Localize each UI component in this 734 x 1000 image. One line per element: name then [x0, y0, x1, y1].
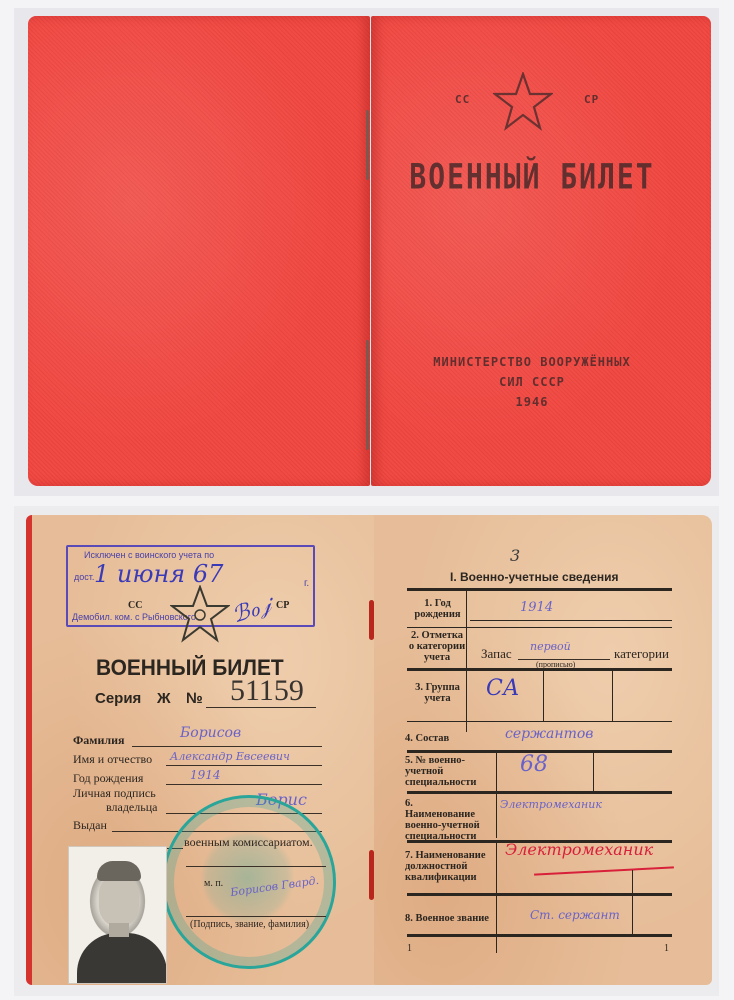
- row-label-group: 3. Группа учета: [410, 682, 465, 704]
- left-emblem-left: СС: [128, 600, 142, 611]
- cover-ministry-line2: СИЛ СССР: [394, 372, 670, 392]
- row-number: 2.: [411, 630, 419, 641]
- page-number-left: 1: [407, 943, 412, 954]
- ticket-number: 51159: [230, 674, 304, 708]
- cover-spine-slit: [366, 110, 369, 180]
- row-line: [470, 620, 672, 621]
- row-number: 1.: [424, 598, 432, 609]
- row-label-specialty-name: 6. Наименование военно-учетной специальн…: [405, 798, 483, 842]
- row-label-text: Год рождения: [414, 598, 460, 620]
- binding-thread: [369, 600, 374, 640]
- cover-spine-slit: [366, 340, 369, 450]
- signature-line: [186, 916, 326, 917]
- row-value-specialty-number: 68: [520, 752, 548, 777]
- row-value-birth-year: 1914: [520, 600, 553, 615]
- stamp-date-handwritten: 1 июня 67: [94, 560, 223, 588]
- field-value-birth-year: 1914: [190, 768, 221, 782]
- field-label-signature: Личная подпись: [73, 786, 156, 801]
- back-cover: [28, 16, 370, 486]
- category-prefix: Запас: [481, 646, 512, 662]
- seal-place-label: м. п.: [204, 878, 223, 889]
- owner-photo: [68, 846, 167, 984]
- row-divider: [407, 721, 672, 722]
- col-divider: [543, 671, 544, 721]
- col-divider: [496, 753, 497, 793]
- row-divider: [407, 668, 672, 671]
- row-divider: [407, 627, 672, 628]
- binding-thread: [369, 850, 374, 900]
- row-number: 8.: [405, 913, 413, 924]
- row-label-birth-year: 1. Год рождения: [410, 598, 465, 620]
- row-value-rank: Ст. сержант: [530, 908, 620, 922]
- col-divider: [632, 870, 633, 934]
- issued-by-text: военным комиссариатом.: [184, 835, 313, 850]
- field-line-surname: [132, 746, 322, 747]
- category-suffix: категории: [614, 646, 669, 662]
- col-divider: [496, 794, 497, 838]
- photo-body: [77, 933, 167, 984]
- row-number: 3.: [415, 682, 423, 693]
- row-number: 7.: [405, 850, 413, 861]
- row-label-qualification: 7. Наименование должностной квалификации: [405, 850, 497, 883]
- date-line: [186, 866, 326, 867]
- page-number-right: 1: [664, 943, 669, 954]
- field-value-name: Александр Евсеевич: [170, 750, 290, 763]
- row-label-text: Состав: [416, 733, 450, 744]
- row-label-text: Группа учета: [424, 682, 460, 704]
- corner-mark: 3: [510, 546, 520, 565]
- field-label-surname: Фамилия: [73, 733, 125, 748]
- row-label-category: 2. Отметка о категории учета: [408, 630, 466, 663]
- row-value-specialty-name: Электромеханик: [500, 798, 602, 811]
- col-divider: [612, 671, 613, 721]
- row-label-text: № военно-учетной специальности: [405, 755, 476, 788]
- star-hammer-sickle-icon: [170, 585, 230, 643]
- series-value: Ж: [157, 690, 171, 707]
- row-label-text: Наименование должностной квалификации: [405, 850, 486, 883]
- row-label-composition: 4. Состав: [405, 733, 465, 744]
- field-label-signature-owner: владельца: [106, 800, 157, 815]
- row-number: 6.: [405, 798, 413, 809]
- number-sign: №: [186, 690, 203, 707]
- row-label-text: Военное звание: [416, 913, 489, 924]
- cover-ministry-line1: МИНИСТЕРСТВО ВООРУЖЁННЫХ: [394, 352, 670, 372]
- row-value-group: СА: [486, 676, 520, 701]
- field-line-birth-year: [166, 784, 322, 785]
- photo-hair: [97, 861, 141, 881]
- row-number: 5.: [405, 755, 413, 766]
- stamp-line2-prefix: дост.: [74, 572, 94, 582]
- left-emblem-right: СР: [276, 600, 289, 611]
- table-label-divider: [466, 590, 467, 732]
- row-divider: [407, 791, 672, 794]
- table-bottom-border: [407, 934, 672, 937]
- cover-emblem-right: СР: [584, 93, 599, 106]
- series-label: Серия: [95, 690, 141, 707]
- field-label-birth-year: Год рождения: [73, 771, 143, 786]
- stamp-date-suffix: г.: [304, 578, 309, 589]
- photo-neck: [109, 923, 129, 937]
- row-label-text: Наименование военно-учетной специальност…: [405, 809, 480, 842]
- star-icon: [493, 72, 553, 132]
- cover-year: 1946: [394, 392, 670, 412]
- field-line-name: [166, 765, 322, 766]
- row-label-specialty-number: 5. № военно-учетной специальности: [405, 755, 473, 788]
- stamp-line1: Исключен с воинского учета по: [84, 550, 214, 560]
- cover-emblem-left: СС: [455, 93, 470, 106]
- section-title: I. Военно-учетные сведения: [450, 570, 619, 584]
- row-value-qualification: Электромеханик: [505, 840, 653, 859]
- row-value-composition: сержантов: [505, 726, 593, 742]
- field-label-name: Имя и отчество: [73, 752, 152, 767]
- row-label-rank: 8. Военное звание: [405, 913, 497, 924]
- field-value-surname: Борисов: [180, 725, 241, 741]
- cover-ministry: МИНИСТЕРСТВО ВООРУЖЁННЫХ СИЛ СССР 1946: [394, 352, 670, 412]
- field-label-issued: Выдан: [73, 818, 107, 833]
- table-top-border: [407, 588, 672, 591]
- signature-caption: (Подпись, звание, фамилия): [190, 919, 309, 930]
- col-divider: [593, 753, 594, 793]
- photo-face: [99, 875, 139, 927]
- row-number: 4.: [405, 733, 413, 744]
- row-value-category: первой: [530, 640, 571, 653]
- cover-title: ВОЕННЫЙ БИЛЕТ: [404, 156, 660, 197]
